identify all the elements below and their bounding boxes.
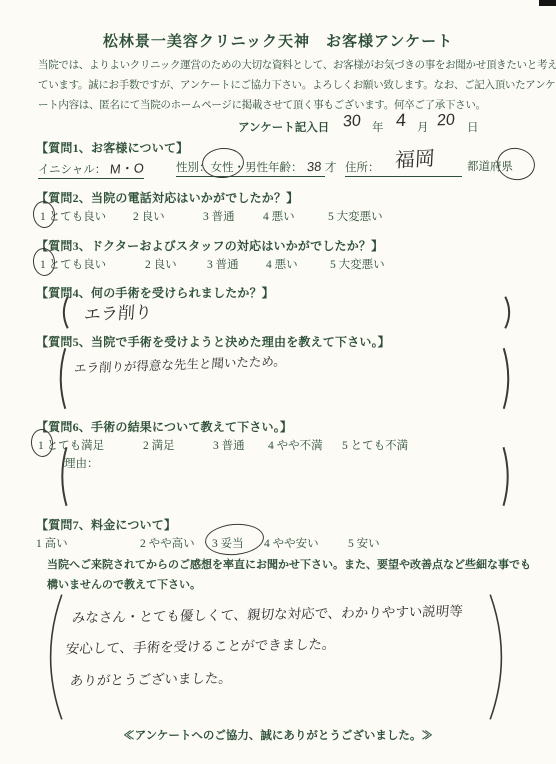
handwritten-q5-answer: エラ削りが得意な先生と聞いたため。 — [73, 351, 286, 376]
date-label: アンケート記入日 — [238, 119, 329, 135]
q3-option-2: 2 良い — [145, 256, 177, 272]
feedback-prompt-line-2: 構いませんので教えて下さい。 — [47, 576, 201, 592]
handwritten-year: 30 — [342, 113, 361, 132]
handwritten-feedback-line-1: みなさん・とても優しくて、親切な対応で、わかりやすい説明等 — [71, 600, 464, 627]
scan-artifact-mark — [539, 0, 556, 6]
q4-answer-bracket-right — [502, 296, 515, 329]
handwritten-initial: M・O — [110, 157, 145, 177]
q2-option-5: 5 大変悪い — [328, 208, 383, 224]
feedback-prompt-line-1: 当院へご来院されてからのご感想を率直にお聞かせ下さい。また、要望や改善点など些細… — [47, 556, 531, 572]
page-title: 松林景一美容クリニック天神 お客様アンケート — [0, 30, 556, 51]
handwritten-feedback-line-3: ありがとうございました。 — [69, 667, 233, 690]
q5-heading: 【質問5、当院で手術を受けようと決めた理由を教えて下さい。】 — [36, 333, 390, 350]
q6-option-3: 3 普通 — [213, 437, 245, 453]
handwritten-q4-answer: エラ削り — [83, 298, 153, 325]
intro-line-1: 当院では、よりよいクリニック運営のための大切な資料として、お客様がお気づきの事を… — [38, 57, 556, 72]
q1-initial-label: イニシャル： — [38, 164, 106, 176]
handwritten-day: 20 — [436, 112, 455, 131]
handwritten-age: 38 — [306, 159, 322, 175]
q7-option-2: 2 やや高い — [140, 535, 195, 551]
q5-answer-bracket-right — [500, 347, 515, 410]
q6-option-2: 2 満足 — [143, 437, 175, 453]
q1-age-suffix: 才 — [325, 162, 337, 174]
q2-option-4: 4 悪い — [263, 208, 295, 224]
month-suffix: 月 — [417, 119, 429, 135]
q1-age-label: 年齢： — [268, 162, 303, 174]
q7-heading: 【質問7、料金について】 — [36, 516, 176, 533]
feedback-bracket-right — [486, 592, 514, 722]
q4-answer-bracket-left — [58, 296, 71, 329]
q2-option-2: 2 良い — [133, 208, 165, 224]
q6-answer-bracket-right — [500, 446, 514, 507]
q5-answer-bracket-left — [54, 347, 69, 410]
q6-option-5: 5 とても不満 — [342, 437, 408, 453]
q6-answer-bracket-left — [56, 446, 70, 507]
q2-option-3: 3 普通 — [203, 208, 235, 224]
q3-option-5: 5 大変悪い — [330, 256, 385, 272]
q2-heading: 【質問2、当院の電話対応はいかがでしたか？】 — [36, 189, 298, 206]
intro-line-3: ート内容は、匿名にて当院のホームページに掲載させて頂く事もございます。何卒ご了承… — [38, 97, 486, 112]
intro-line-2: ています。誠にお手数ですが、アンケートにご協力下さい。よろしくお願い致します。な… — [38, 77, 555, 92]
q3-option-4: 4 悪い — [266, 256, 298, 272]
survey-sheet: 松林景一美容クリニック天神 お客様アンケート 当院では、よりよいクリニック運営の… — [0, 0, 556, 764]
q7-option-5: 5 安い — [348, 535, 380, 551]
q7-option-4: 4 やや安い — [264, 535, 319, 551]
q3-option-3: 3 普通 — [207, 256, 239, 272]
handwritten-feedback-line-2: 安心して、手術を受けることができました。 — [65, 633, 336, 658]
q1-heading: 【質問1、お客様について】 — [36, 139, 188, 156]
q7-selection-circle — [204, 521, 265, 557]
q1-address-label: 住所： — [345, 162, 380, 174]
handwritten-address: 福岡 — [394, 142, 435, 173]
year-suffix: 年 — [372, 119, 384, 135]
q6-option-4: 4 やや不満 — [268, 437, 323, 453]
q1-prefecture-selection-circle — [495, 145, 538, 183]
day-suffix: 日 — [467, 119, 479, 135]
q7-option-1: 1 高い — [36, 535, 68, 551]
q4-heading: 【質問4、何の手術を受けられましたか？】 — [36, 284, 274, 301]
footer-thanks: ≪アンケートへのご協力、誠にありがとうございました。≫ — [0, 727, 556, 743]
handwritten-month: 4 — [395, 110, 406, 131]
feedback-bracket-left — [38, 592, 66, 722]
q6-heading: 【質問6、手術の結果について教えて下さい。】 — [36, 418, 292, 435]
q3-heading: 【質問3、ドクターおよびスタッフの対応はいかがでしたか？】 — [36, 237, 383, 254]
